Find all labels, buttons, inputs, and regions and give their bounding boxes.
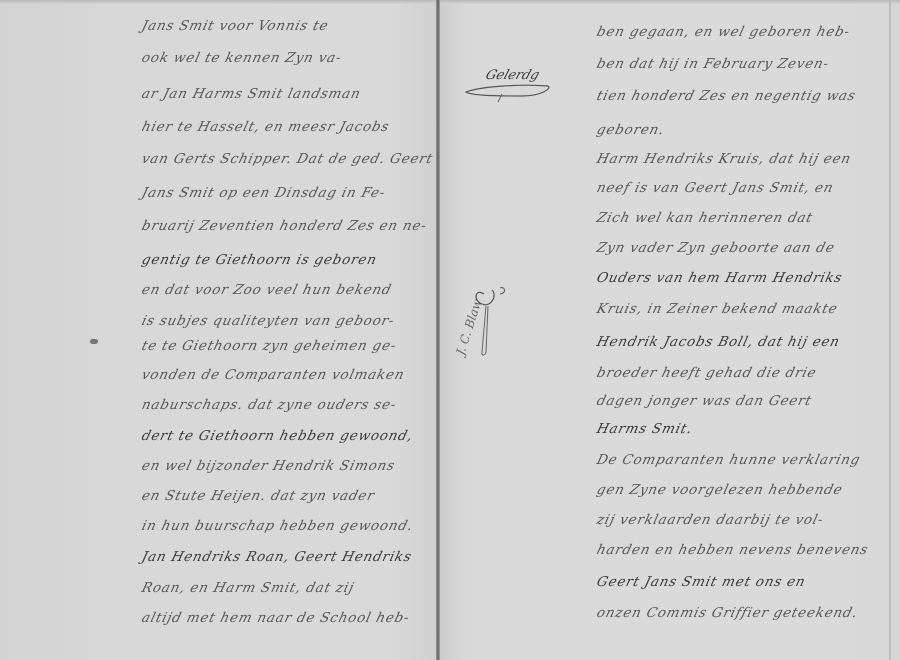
left-line-3: ar Jan Harms Smit landsman bbox=[140, 86, 363, 102]
right-line-8: Zyn vader Zyn geboorte aan de bbox=[595, 240, 837, 256]
right-line-16: gen Zyne voorgelezen hebbende bbox=[595, 482, 844, 498]
left-line-19: Roan, en Harm Smit, dat zij bbox=[140, 580, 356, 596]
document-scan: Jans Smit voor Vonnis te ook wel te kenn… bbox=[0, 0, 900, 660]
right-line-13: dagen jonger was dan Geert bbox=[595, 393, 814, 409]
signature-flourish: Gelerdg bbox=[462, 66, 554, 104]
left-line-11: te te Giethoorn zyn geheimen ge- bbox=[140, 338, 398, 354]
left-line-16: en Stute Heijen. dat zyn vader bbox=[140, 488, 376, 504]
book-gutter bbox=[436, 0, 440, 660]
right-line-7: Zich wel kan herinneren dat bbox=[595, 210, 815, 226]
left-line-17: in hun buurschap hebben gewoond. bbox=[140, 518, 415, 534]
left-line-5: van Gerts Schipper. Dat de ged. Geert bbox=[140, 151, 435, 167]
left-line-14: dert te Giethoorn hebben gewoond, bbox=[140, 428, 415, 444]
left-line-10: is subjes qualiteyten van geboor- bbox=[140, 313, 396, 329]
right-line-6: neef is van Geert Jans Smit, en bbox=[595, 180, 835, 196]
left-line-8: gentig te Giethoorn is geboren bbox=[140, 252, 379, 268]
right-line-3: tien honderd Zes en negentig was bbox=[595, 88, 858, 104]
right-line-12: broeder heeft gehad die drie bbox=[595, 365, 818, 381]
margin-flourish-icon bbox=[446, 282, 516, 382]
right-line-15: De Comparanten hunne verklaring bbox=[595, 452, 862, 468]
right-line-4: geboren. bbox=[595, 122, 666, 138]
right-line-20: onzen Commis Griffier geteekend. bbox=[595, 605, 860, 621]
right-line-14: Harms Smit. bbox=[595, 421, 694, 437]
right-line-10: Kruis, in Zeiner bekend maakte bbox=[595, 301, 839, 317]
left-line-6: Jans Smit op een Dinsdag in Fe- bbox=[140, 185, 387, 201]
left-line-9: en dat voor Zoo veel hun bekend bbox=[140, 282, 393, 298]
page-right-edge bbox=[889, 0, 891, 660]
page-top-edge bbox=[0, 0, 900, 4]
right-line-2: ben dat hij in February Zeven- bbox=[595, 56, 831, 72]
right-line-18: harden en hebben nevens benevens bbox=[595, 542, 870, 558]
left-line-7: bruarij Zeventien honderd Zes en ne- bbox=[140, 218, 429, 234]
left-line-1: Jans Smit voor Vonnis te bbox=[140, 18, 330, 34]
vertical-margin-note: J. C. Blaw bbox=[446, 282, 516, 382]
left-line-12: vonden de Comparanten volmaken bbox=[140, 367, 406, 383]
left-line-20: altijd met hem naar de School heb- bbox=[140, 610, 411, 626]
left-page: Jans Smit voor Vonnis te ook wel te kenn… bbox=[0, 0, 437, 660]
left-line-15: en wel bijzonder Hendrik Simons bbox=[140, 458, 397, 474]
right-line-1: ben gegaan, en wel geboren heb- bbox=[595, 24, 852, 40]
right-line-9: Ouders van hem Harm Hendriks bbox=[595, 270, 844, 286]
left-line-18: Jan Hendriks Roan, Geert Hendriks bbox=[140, 549, 414, 565]
left-line-13: naburschaps. dat zyne ouders se- bbox=[140, 397, 398, 413]
right-line-11: Hendrik Jacobs Boll, dat hij een bbox=[595, 334, 842, 350]
margin-mark bbox=[90, 339, 98, 344]
signature-text: Gelerdg bbox=[484, 68, 542, 83]
right-line-5: Harm Hendriks Kruis, dat hij een bbox=[595, 151, 853, 167]
left-line-2: ook wel te kennen Zyn va- bbox=[140, 50, 343, 66]
right-line-17: zij verklaarden daarbij te vol- bbox=[595, 512, 825, 528]
right-line-19: Geert Jans Smit met ons en bbox=[595, 574, 807, 590]
left-line-4: hier te Hasselt, en meesr Jacobs bbox=[140, 119, 391, 135]
